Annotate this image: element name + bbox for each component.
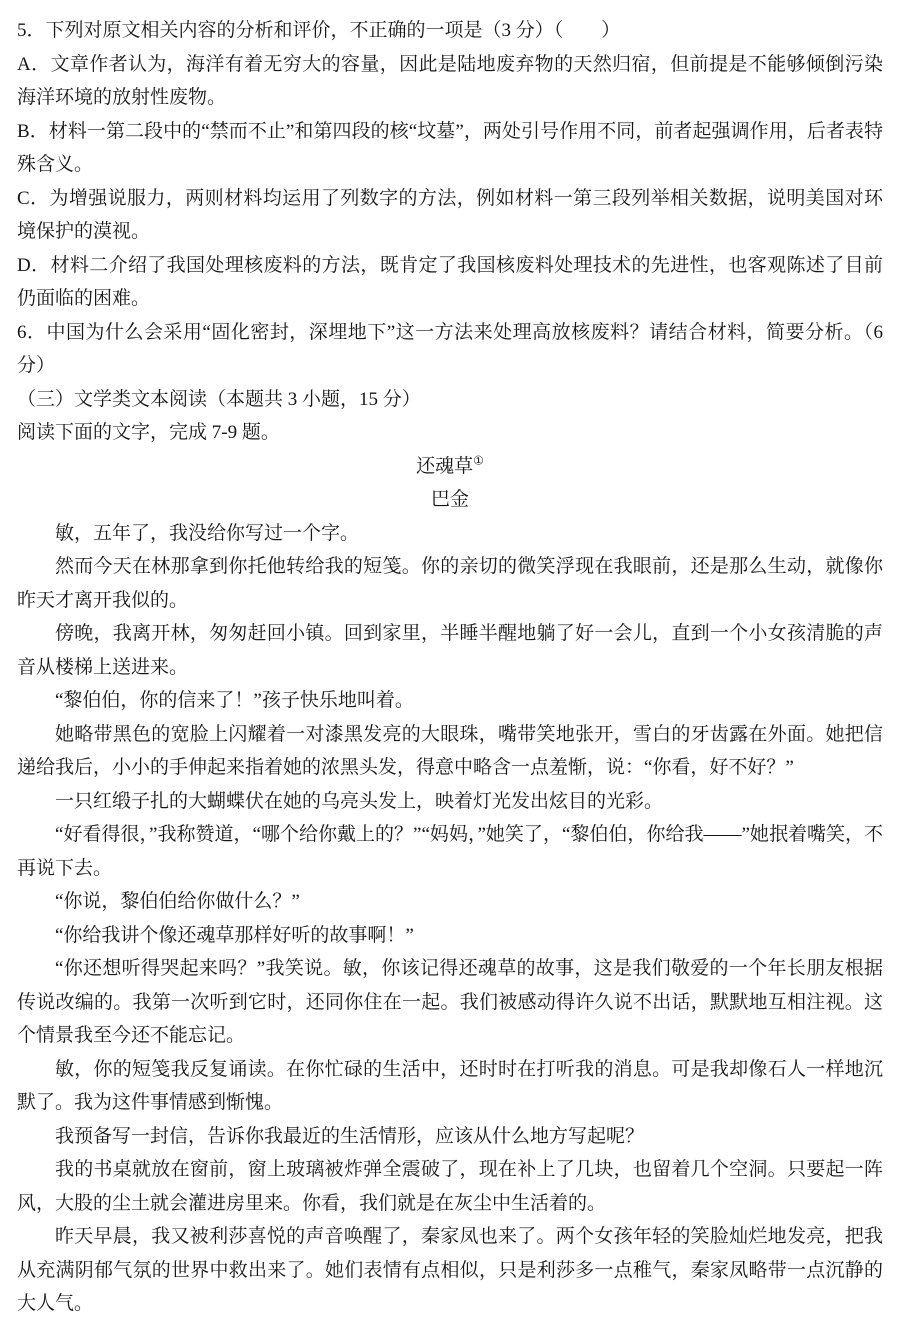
passage-paragraph: “好看得很，”我称赞道，“哪个给你戴上的？”“妈妈，”她笑了，“黎伯伯，你给我—… [17,818,883,885]
passage-paragraph: 敏，五年了，我没给你写过一个字。 [17,517,883,551]
passage-paragraph: 我的书桌就放在窗前，窗上玻璃被炸弹全震破了，现在补上了几块，也留着几个空洞。只要… [17,1153,883,1220]
section-heading: （三）文学类文本阅读（本题共 3 小题，15 分） [17,383,883,417]
question-5-option: B．材料一第二段中的“禁而不止”和第四段的核“坟墓”，两处引号作用不同，前者起强… [17,115,883,182]
question-6-stem: 6．中国为什么会采用“固化密封，深埋地下”这一方法来处理高放核废料？请结合材料，… [17,316,883,383]
exam-page: 5．下列对原文相关内容的分析和评价，不正确的一项是（3 分）（ ） A．文章作者… [0,0,900,1331]
passage-paragraph: 我预备写一封信，告诉你我最近的生活情形，应该从什么地方写起呢？ [17,1120,883,1154]
question-5-stem: 5．下列对原文相关内容的分析和评价，不正确的一项是（3 分）（ ） [17,14,883,48]
reading-instruction: 阅读下面的文字，完成 7-9 题。 [17,416,883,450]
passage-paragraph: 傍晚，我离开林，匆匆赶回小镇。回到家里，半睡半醒地躺了好一会儿，直到一个小女孩清… [17,617,883,684]
passage-paragraph: 然而今天在林那拿到你托他转给我的短笺。你的亲切的微笑浮现在我眼前，还是那么生动，… [17,550,883,617]
passage-paragraph: 昨天早晨，我又被利莎喜悦的声音唤醒了，秦家凤也来了。两个女孩年轻的笑脸灿烂地发亮… [17,1220,883,1321]
passage-author: 巴金 [17,483,883,517]
passage-paragraph: “你说，黎伯伯给你做什么？” [17,885,883,919]
question-5-options: A．文章作者认为，海洋有着无穷大的容量，因此是陆地废弃物的天然归宿，但前提是不能… [17,48,883,316]
passage-paragraph: 敏，你的短笺我反复诵读。在你忙碌的生活中，还时时在打听我的消息。可是我却像石人一… [17,1053,883,1120]
question-5-option: D．材料二介绍了我国处理核废料的方法，既肯定了我国核废料处理技术的先进性，也客观… [17,249,883,316]
passage-title-footnote-mark: ① [473,453,484,467]
question-5-option: C．为增强说服力，两则材料均运用了列数字的方法，例如材料一第三段列举相关数据，说… [17,182,883,249]
passage-paragraph: “你给我讲个像还魂草那样好听的故事啊！” [17,919,883,953]
question-5-option: A．文章作者认为，海洋有着无穷大的容量，因此是陆地废弃物的天然归宿，但前提是不能… [17,48,883,115]
passage-paragraph: “你还想听得哭起来吗？”我笑说。敏，你该记得还魂草的故事，这是我们敬爱的一个年长… [17,952,883,1053]
passage-paragraph: 她略带黑色的宽脸上闪耀着一对漆黑发亮的大眼珠，嘴带笑地张开，雪白的牙齿露在外面。… [17,718,883,785]
passage-title: 还魂草① [17,450,883,484]
passage-paragraph: “黎伯伯，你的信来了！”孩子快乐地叫着。 [17,684,883,718]
passage-title-text: 还魂草 [416,456,473,477]
passage-body: 敏，五年了，我没给你写过一个字。然而今天在林那拿到你托他转给我的短笺。你的亲切的… [17,517,883,1321]
passage-paragraph: 一只红缎子扎的大蝴蝶伏在她的乌亮头发上，映着灯光发出炫目的光彩。 [17,785,883,819]
